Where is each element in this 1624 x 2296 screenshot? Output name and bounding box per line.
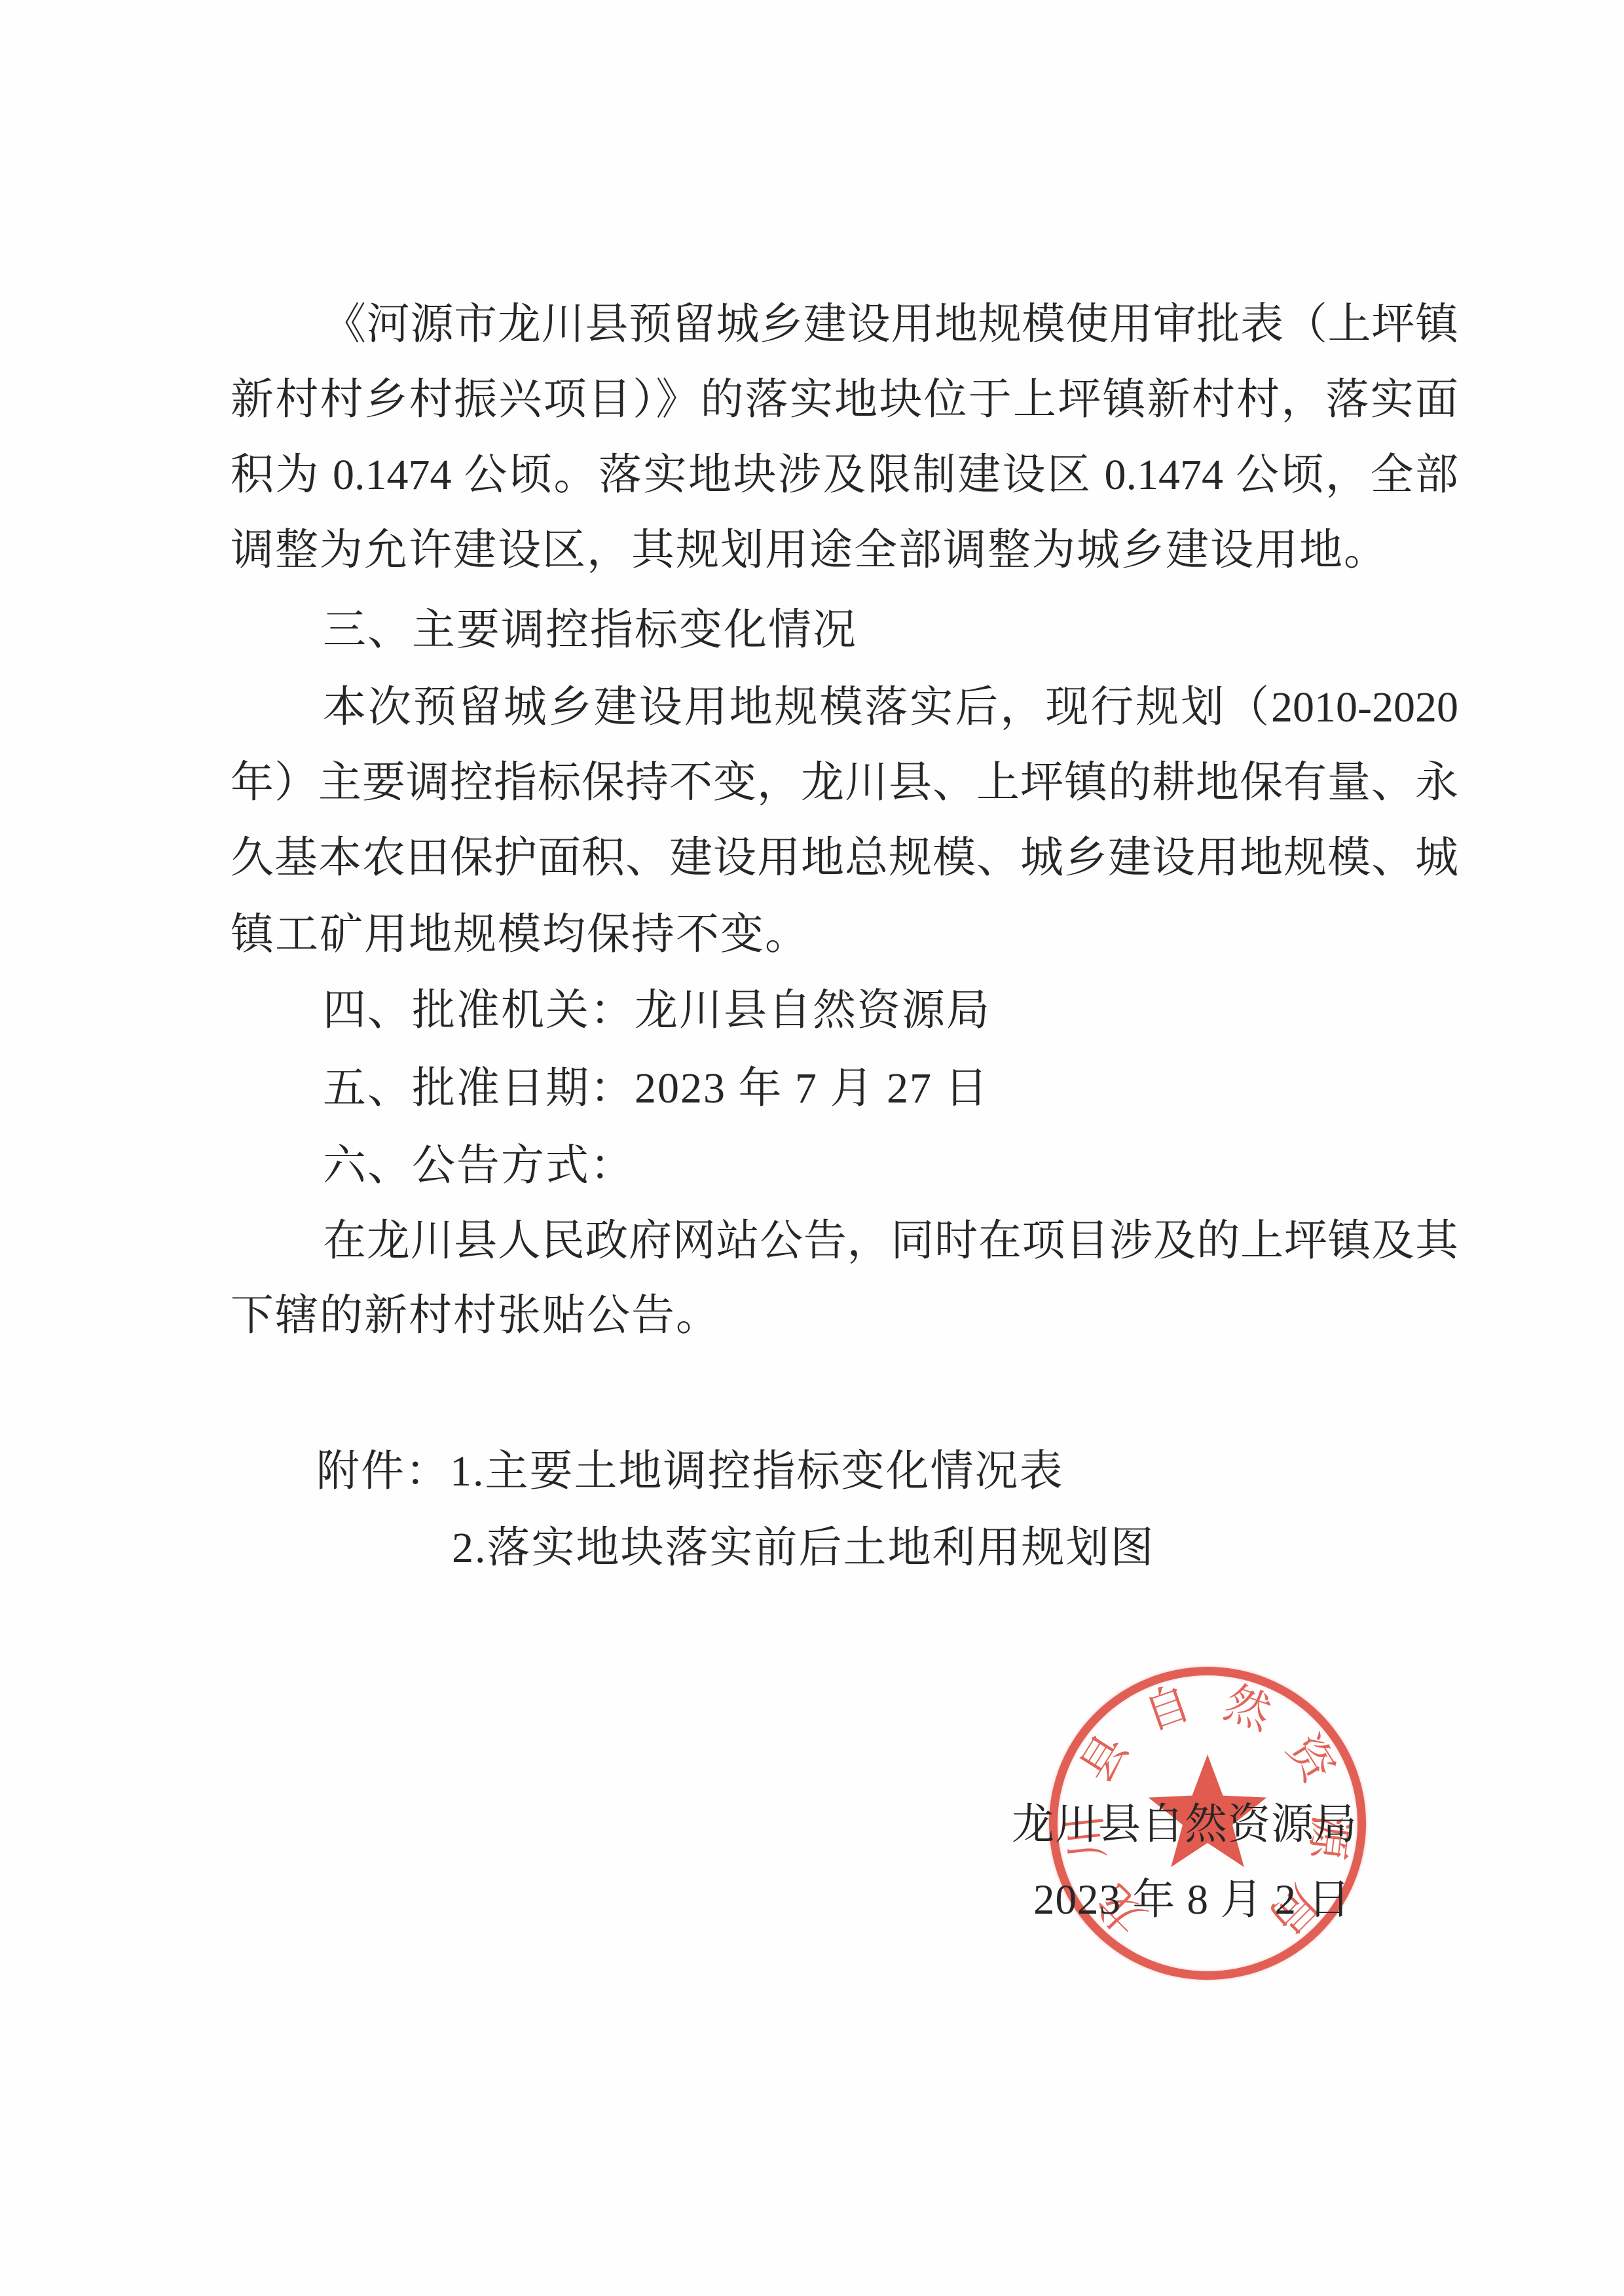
- signature-date: 2023 年 8 月 2 日: [1033, 1865, 1351, 1926]
- document-page: 《河源市龙川县预留城乡建设用地规模使用审批表（上坪镇 新村村乡村振兴项目）》的落…: [0, 0, 1624, 2296]
- paragraph2-line2: 年）主要调控指标保持不变，龙川县、上坪镇的耕地保有量、永: [231, 758, 1458, 808]
- section-heading-five: 五、批准日期：2023 年 7 月 27 日: [323, 1064, 989, 1114]
- paragraph2-line4: 镇工矿用地规模均保持不变。: [231, 910, 809, 960]
- section-heading-three: 三、主要调控指标变化情况: [323, 606, 857, 655]
- seal-rim-char: 自: [1137, 1679, 1198, 1739]
- paragraph3-line2: 下辖的新村村张贴公告。: [231, 1291, 720, 1341]
- section-heading-four: 四、批准机关：龙川县自然资源局: [323, 986, 991, 1036]
- paragraph1-line4: 调整为允许建设区，其规划用途全部调整为城乡建设用地。: [231, 526, 1388, 575]
- signature-org: 龙川县自然资源局: [1012, 1789, 1357, 1851]
- attachments-line1: 附件：1.主要土地调控指标变化情况表: [316, 1447, 1064, 1497]
- seal-rim-char: 然: [1218, 1679, 1278, 1739]
- paragraph2-line1: 本次预留城乡建设用地规模落实后，现行规划（2010-2020: [323, 683, 1458, 733]
- attachments-line2: 2.落实地块落实前后土地利用规划图: [452, 1523, 1155, 1573]
- seal-rim-char: 县: [1072, 1726, 1137, 1791]
- paragraph1-line3: 积为 0.1474 公顷。落实地块涉及限制建设区 0.1474 公顷，全部: [231, 450, 1458, 500]
- section-heading-six: 六、公告方式：: [323, 1141, 635, 1191]
- paragraph1-line2: 新村村乡村振兴项目）》的落实地块位于上坪镇新村村，落实面: [231, 375, 1458, 425]
- seal-rim-char: 资: [1278, 1726, 1343, 1791]
- paragraph2-line3: 久基本农田保护面积、建设用地总规模、城乡建设用地规模、城: [231, 833, 1458, 883]
- paragraph3-line1: 在龙川县人民政府网站公告，同时在项目涉及的上坪镇及其: [323, 1216, 1458, 1266]
- paragraph1-line1: 《河源市龙川县预留城乡建设用地规模使用审批表（上坪镇: [323, 300, 1458, 350]
